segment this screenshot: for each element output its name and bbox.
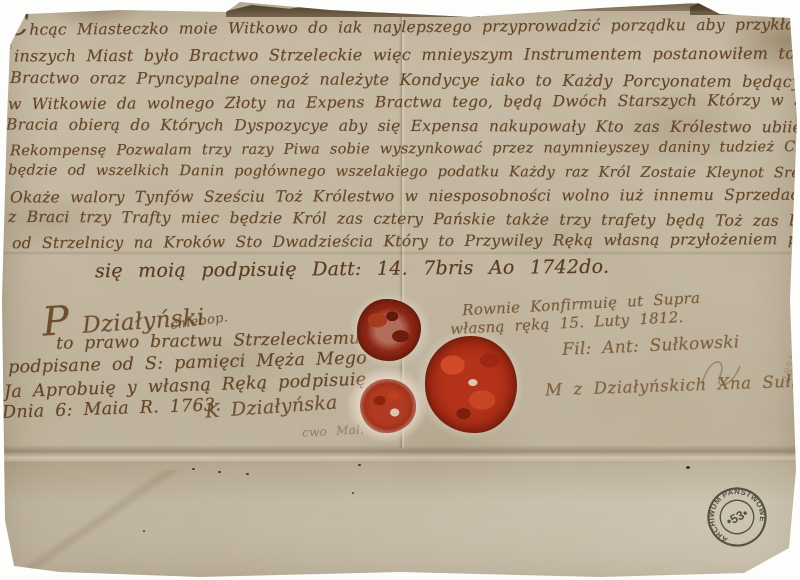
manuscript-line: Bracia obierą do Których Dyspozycye aby …	[6, 116, 800, 137]
manuscript-line: Bractwo oraz Pryncypalne onegoż należyte…	[10, 68, 800, 91]
handwritten-text-layer: Chcąc Miasteczko moie Witkowo do iak nay…	[0, 0, 800, 580]
manuscript-line: będzie od wszelkich Danin pogłównego wsz…	[8, 163, 800, 182]
parchment-document: Chcąc Miasteczko moie Witkowo do iak nay…	[0, 0, 800, 580]
signature-dzialynska: K Działyńska	[204, 391, 338, 422]
manuscript-line: inszych Miast było Bractwo Strzeleckie w…	[14, 44, 800, 66]
signature-flourish	[698, 350, 744, 392]
signature-sulkowska: M z Działyńskich Xna Sułkowska	[545, 370, 800, 400]
scanned-document-photo: Chcąc Miasteczko moie Witkowo do iak nay…	[0, 0, 800, 580]
manuscript-line: w Witkowie da wolnego Złoty na Expens Br…	[8, 91, 800, 113]
manuscript-line: Okaże walory Tynfów Sześciu Toż Królestw…	[10, 186, 800, 207]
date-line-1742: się moią podpisuię Datt: 14. 7bris Ao 17…	[95, 256, 609, 282]
manuscript-line: od Strzelnicy na Kroków Sto Dwadzieścia …	[12, 230, 800, 252]
stamp-number: •53•	[724, 506, 750, 529]
manuscript-line: Chcąc Miasteczko moie Witkowo do iak nay…	[6, 15, 800, 39]
faint-note: cwo Mal.	[302, 422, 365, 439]
manuscript-line: z Braci trzy Trafty miec będzie Król zas…	[8, 208, 800, 230]
manuscript-line: Rekompensę Pozwalam trzy razy Piwa sobie…	[10, 139, 800, 159]
